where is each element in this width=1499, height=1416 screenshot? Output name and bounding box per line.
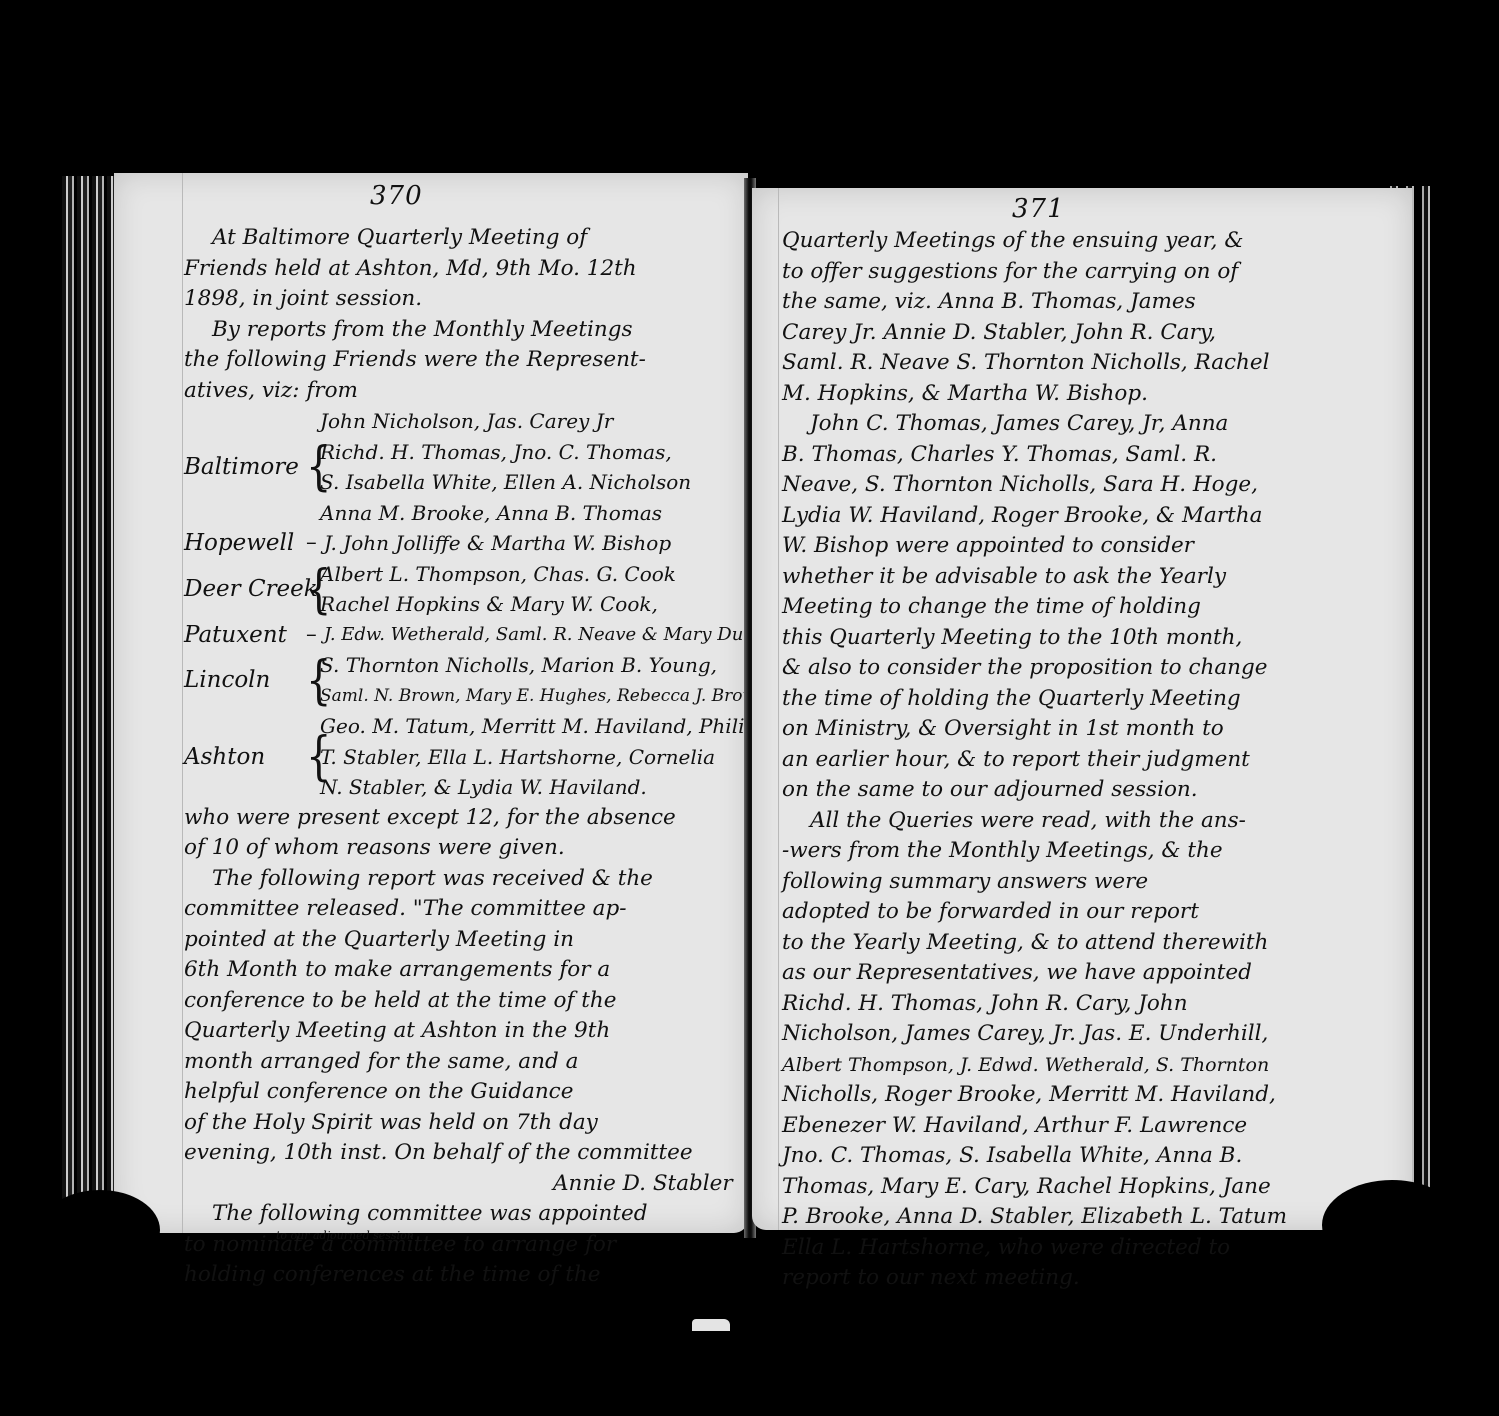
report-line: of the Holy Spirit was held on 7th day [184, 1108, 781, 1139]
queries-line: as our Representatives, we have appointe… [782, 958, 1287, 989]
queries-line: to the Yearly Meeting, & to attend there… [782, 928, 1287, 959]
committee-line-with-insertion: to our adjourned session to nominate a c… [184, 1230, 781, 1261]
report-line: pointed at the Quarterly Meeting in [184, 925, 781, 956]
meeting-name: Hopewell [184, 528, 306, 559]
names-line: John Nicholson, Jas. Carey Jr [320, 406, 691, 437]
committee-line: Quarterly Meetings of the ensuing year, … [782, 226, 1287, 257]
consider-line: Meeting to change the time of holding [782, 592, 1287, 623]
names-line: S. Thornton Nicholls, Marion B. Young, [320, 650, 768, 681]
left-page: 370 At Baltimore Quarterly Meeting of Fr… [114, 173, 748, 1233]
opening-line: At Baltimore Quarterly Meeting of [184, 223, 781, 254]
representative-names: J. Edw. Wetherald, Saml. R. Neave & Mary… [324, 620, 781, 651]
names-line: Geo. M. Tatum, Merritt M. Haviland, Phil… [320, 711, 757, 742]
meeting-name: Deer Creek [184, 559, 306, 620]
page-corner-shadow [1322, 1180, 1462, 1270]
brace-icon: { [306, 388, 320, 547]
report-line: committee released. "The committee ap- [184, 894, 781, 925]
committee-line: to nominate a committee to arrange for [184, 1230, 781, 1261]
opening-line: 1898, in joint session. [184, 284, 781, 315]
names-line: Richd. H. Thomas, Jno. C. Thomas, [320, 437, 691, 468]
report-line: month arranged for the same, and a [184, 1047, 781, 1078]
interlinear-insertion: to our adjourned session [276, 1230, 414, 1241]
consider-line: this Quarterly Meeting to the 10th month… [782, 623, 1287, 654]
page-number-right: 371 [1012, 194, 1065, 224]
committee-line: M. Hopkins, & Martha W. Bishop. [782, 379, 1287, 410]
queries-line: -wers from the Monthly Meetings, & the [782, 836, 1287, 867]
report-line: evening, 10th inst. On behalf of the com… [184, 1138, 781, 1169]
names-line: J. Edw. Wetherald, Saml. R. Neave & Mary… [324, 620, 781, 651]
meeting-name: Ashton [184, 711, 306, 803]
consider-line: John C. Thomas, James Carey, Jr, Anna [782, 409, 1287, 440]
page-corner-shadow [40, 1190, 160, 1270]
representative-names: S. Thornton Nicholls, Marion B. Young, S… [320, 650, 768, 711]
representatives-deer-creek: Deer Creek { Albert L. Thompson, Chas. G… [184, 559, 781, 620]
representatives-lincoln: Lincoln { S. Thornton Nicholls, Marion B… [184, 650, 781, 711]
names-line: Rachel Hopkins & Mary W. Cook, [320, 589, 676, 620]
queries-line: following summary answers were [782, 867, 1287, 898]
consider-line: on the same to our adjourned session. [782, 775, 1287, 806]
queries-line: Richd. H. Thomas, John R. Cary, John [782, 989, 1287, 1020]
meeting-name: Lincoln [184, 650, 306, 711]
report-line: helpful conference on the Guidance [184, 1077, 781, 1108]
report-line: The following report was received & the [184, 864, 781, 895]
report-line: Quarterly Meeting at Ashton in the 9th [184, 1016, 781, 1047]
names-line: Saml. N. Brown, Mary E. Hughes, Rebecca … [320, 681, 768, 712]
queries-line: Ella L. Hartshorne, who were directed to [782, 1233, 1287, 1264]
names-line: J. John Jolliffe & Martha W. Bishop [324, 528, 671, 559]
attendance-line: of 10 of whom reasons were given. [184, 833, 781, 864]
right-page: 371 Quarterly Meetings of the ensuing ye… [752, 188, 1412, 1230]
queries-line: Thomas, Mary E. Cary, Rachel Hopkins, Ja… [782, 1172, 1287, 1203]
queries-line: Nicholson, James Carey, Jr. Jas. E. Unde… [782, 1019, 1287, 1050]
representatives-hopewell: Hopewell – J. John Jolliffe & Martha W. … [184, 528, 781, 559]
committee-line: Saml. R. Neave S. Thornton Nicholls, Rac… [782, 348, 1287, 379]
left-page-text: At Baltimore Quarterly Meeting of Friend… [184, 223, 781, 1291]
representatives-ashton: Ashton { Geo. M. Tatum, Merritt M. Havil… [184, 711, 781, 803]
representative-names: John Nicholson, Jas. Carey Jr Richd. H. … [320, 406, 691, 528]
page-number-left: 370 [370, 181, 423, 211]
consider-line: B. Thomas, Charles Y. Thomas, Saml. R. [782, 440, 1287, 471]
meeting-name: Baltimore [184, 406, 306, 528]
names-line: Anna M. Brooke, Anna B. Thomas [320, 498, 691, 529]
report-line: conference to be held at the time of the [184, 986, 781, 1017]
consider-line: the time of holding the Quarterly Meetin… [782, 684, 1287, 715]
representative-names: J. John Jolliffe & Martha W. Bishop [324, 528, 671, 559]
report-line: 6th Month to make arrangements for a [184, 955, 781, 986]
book-clasp-tab [692, 1319, 730, 1331]
committee-line: holding conferences at the time of the [184, 1260, 781, 1291]
queries-line: report to our next meeting. [782, 1263, 1287, 1294]
consider-line: Neave, S. Thornton Nicholls, Sara H. Hog… [782, 470, 1287, 501]
queries-line: All the Queries were read, with the ans- [782, 806, 1287, 837]
committee-line: Carey Jr. Annie D. Stabler, John R. Cary… [782, 318, 1287, 349]
right-page-text: Quarterly Meetings of the ensuing year, … [782, 226, 1287, 1294]
signature: Annie D. Stabler [184, 1169, 781, 1200]
representative-names: Albert L. Thompson, Chas. G. Cook Rachel… [320, 559, 676, 620]
brace-icon: { [306, 549, 320, 628]
committee-line: The following committee was appointed [184, 1199, 781, 1230]
names-line: Albert L. Thompson, Chas. G. Cook [320, 559, 676, 590]
meeting-name: Patuxent [184, 620, 306, 651]
opening-line: Friends held at Ashton, Md, 9th Mo. 12th [184, 254, 781, 285]
brace-icon: { [306, 697, 320, 816]
queries-line: Albert Thompson, J. Edwd. Wetherald, S. … [782, 1050, 1287, 1081]
margin-rule [778, 188, 779, 1230]
committee-line: to offer suggestions for the carrying on… [782, 257, 1287, 288]
consider-line: whether it be advisable to ask the Yearl… [782, 562, 1287, 593]
names-line: T. Stabler, Ella L. Hartshorne, Cornelia [320, 742, 757, 773]
reports-intro-line: atives, viz: from [184, 376, 781, 407]
consider-line: on Ministry, & Oversight in 1st month to [782, 714, 1287, 745]
reports-intro-line: the following Friends were the Represent… [184, 345, 781, 376]
representatives-patuxent: Patuxent – J. Edw. Wetherald, Saml. R. N… [184, 620, 781, 651]
names-line: N. Stabler, & Lydia W. Haviland. [320, 772, 757, 803]
names-line: S. Isabella White, Ellen A. Nicholson [320, 467, 691, 498]
left-page-edges [62, 176, 114, 1236]
queries-line: Nicholls, Roger Brooke, Merritt M. Havil… [782, 1080, 1287, 1111]
queries-line: adopted to be forwarded in our report [782, 897, 1287, 928]
attendance-line: who were present except 12, for the abse… [184, 803, 781, 834]
representative-names: Geo. M. Tatum, Merritt M. Haviland, Phil… [320, 711, 757, 803]
queries-line: P. Brooke, Anna D. Stabler, Elizabeth L.… [782, 1202, 1287, 1233]
book-spread: 370 At Baltimore Quarterly Meeting of Fr… [0, 0, 1499, 1416]
queries-line: Jno. C. Thomas, S. Isabella White, Anna … [782, 1141, 1287, 1172]
committee-line: the same, viz. Anna B. Thomas, James [782, 287, 1287, 318]
representatives-baltimore: Baltimore { John Nicholson, Jas. Carey J… [184, 406, 781, 528]
consider-line: Lydia W. Haviland, Roger Brooke, & Marth… [782, 501, 1287, 532]
queries-line: Ebenezer W. Haviland, Arthur F. Lawrence [782, 1111, 1287, 1142]
consider-line: & also to consider the proposition to ch… [782, 653, 1287, 684]
consider-line: W. Bishop were appointed to consider [782, 531, 1287, 562]
reports-intro-line: By reports from the Monthly Meetings [184, 315, 781, 346]
margin-rule [182, 173, 183, 1233]
consider-line: an earlier hour, & to report their judgm… [782, 745, 1287, 776]
